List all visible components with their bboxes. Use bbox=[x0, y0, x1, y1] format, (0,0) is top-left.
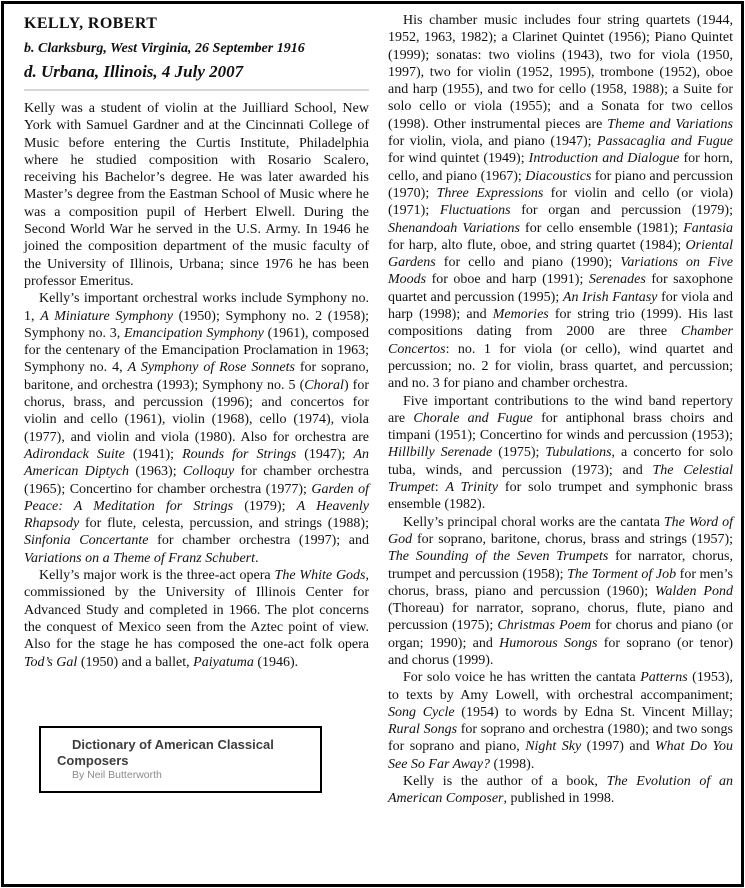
left-column-text: Kelly was a student of violin at the Jui… bbox=[24, 100, 369, 671]
paragraph: For solo voice he has written the cantat… bbox=[388, 669, 733, 773]
paragraph: Kelly’s major work is the three-act oper… bbox=[24, 567, 369, 671]
paragraph: Kelly was a student of violin at the Jui… bbox=[24, 100, 369, 290]
paragraph: Kelly is the author of a book, The Evolu… bbox=[388, 773, 733, 808]
entry-name: KELLY, ROBERT bbox=[24, 14, 369, 33]
death-line: d. Urbana, Illinois, 4 July 2007 bbox=[24, 61, 369, 82]
entry-heading: KELLY, ROBERT b. Clarksburg, West Virgin… bbox=[24, 14, 369, 91]
paragraph: Kelly’s important orchestral works inclu… bbox=[24, 290, 369, 567]
birth-line: b. Clarksburg, West Virginia, 26 Septemb… bbox=[24, 40, 369, 58]
paragraph: Kelly’s principal choral works are the c… bbox=[388, 514, 733, 670]
source-box-title: Dictionary of American Classical Compose… bbox=[57, 737, 306, 769]
paragraph: Five important contributions to the wind… bbox=[388, 393, 733, 514]
right-column-text: His chamber music includes four string q… bbox=[388, 12, 733, 808]
right-column: His chamber music includes four string q… bbox=[388, 12, 733, 876]
dictionary-page: KELLY, ROBERT b. Clarksburg, West Virgin… bbox=[1, 1, 744, 887]
source-box: Dictionary of American Classical Compose… bbox=[39, 726, 322, 793]
paragraph: His chamber music includes four string q… bbox=[388, 12, 733, 393]
source-box-byline: By Neil Butterworth bbox=[57, 769, 306, 782]
header-divider bbox=[24, 89, 369, 91]
left-column: KELLY, ROBERT b. Clarksburg, West Virgin… bbox=[24, 12, 369, 876]
